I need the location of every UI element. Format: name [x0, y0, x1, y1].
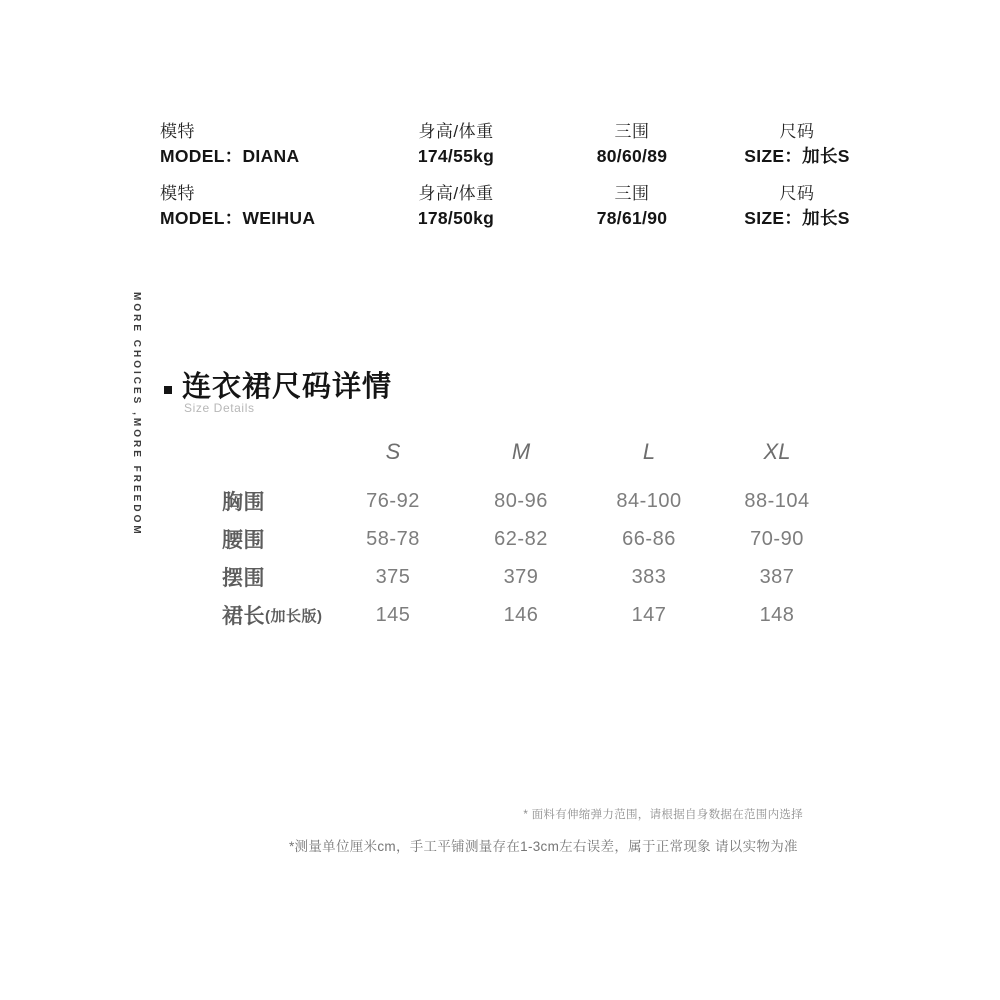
measurements-value: 80/60/89 — [537, 144, 727, 168]
size-table-corner — [222, 438, 329, 482]
table-cell-hem-xl: 387 — [713, 558, 841, 596]
model-row-weihua: 模特 MODEL：WEIHUA 身高/体重 178/50kg 三围 78/61/… — [160, 182, 867, 230]
table-cell-length-l: 147 — [585, 596, 713, 634]
table-cell-bust-xl: 88-104 — [713, 482, 841, 520]
table-cell-bust-l: 84-100 — [585, 482, 713, 520]
row-label-suffix: (加长版) — [265, 605, 323, 626]
footnote-fabric-stretch: * 面料有伸缩弹力范围，请根据自身数据在范围内选择 — [523, 806, 803, 822]
table-cell-hem-m: 379 — [457, 558, 585, 596]
table-cell-waist-xl: 70-90 — [713, 520, 841, 558]
table-cell-hem-s: 375 — [329, 558, 457, 596]
model-name: MODEL：WEIHUA — [160, 206, 375, 230]
model-name: MODEL：DIANA — [160, 144, 375, 168]
model-body-cell: 身高/体重 178/50kg — [375, 182, 537, 230]
table-cell-hem-l: 383 — [585, 558, 713, 596]
size-col-header-m: M — [457, 438, 585, 482]
section-subtitle: Size Details — [184, 401, 255, 415]
table-cell-waist-l: 66-86 — [585, 520, 713, 558]
size-label: 尺码 — [727, 120, 867, 144]
table-cell-length-m: 146 — [457, 596, 585, 634]
model-info-section: 模特 MODEL：DIANA 身高/体重 174/55kg 三围 80/60/8… — [160, 120, 867, 244]
table-cell-length-xl: 148 — [713, 596, 841, 634]
size-col-header-xl: XL — [713, 438, 841, 482]
model-name-cell: 模特 MODEL：WEIHUA — [160, 182, 375, 230]
measurements-label: 三围 — [537, 182, 727, 206]
table-cell-waist-m: 62-82 — [457, 520, 585, 558]
title-square-bullet — [164, 386, 172, 394]
row-label-skirt-length: 裙长(加长版) — [222, 596, 329, 634]
size-value: SIZE：加长S — [727, 144, 867, 168]
measurements-label: 三围 — [537, 120, 727, 144]
size-table: S M L XL 胸围 76-92 80-96 84-100 88-104 腰围… — [222, 438, 841, 634]
model-size-cell: 尺码 SIZE：加长S — [727, 182, 867, 230]
height-weight-value: 174/55kg — [375, 144, 537, 168]
row-label-text: 胸围 — [222, 486, 265, 516]
model-body-cell: 身高/体重 174/55kg — [375, 120, 537, 168]
model-name-cell: 模特 MODEL：DIANA — [160, 120, 375, 168]
model-measurements-cell: 三围 78/61/90 — [537, 182, 727, 230]
row-label-waist: 腰围 — [222, 520, 329, 558]
size-value: SIZE：加长S — [727, 206, 867, 230]
model-measurements-cell: 三围 80/60/89 — [537, 120, 727, 168]
model-role-label: 模特 — [160, 120, 375, 144]
height-weight-label: 身高/体重 — [375, 182, 537, 206]
size-label: 尺码 — [727, 182, 867, 206]
vertical-slogan-text: MORE CHOICES ,MORE FREEDOM — [131, 292, 142, 637]
model-row-diana: 模特 MODEL：DIANA 身高/体重 174/55kg 三围 80/60/8… — [160, 120, 867, 168]
model-size-cell: 尺码 SIZE：加长S — [727, 120, 867, 168]
table-cell-bust-m: 80-96 — [457, 482, 585, 520]
size-col-header-s: S — [329, 438, 457, 482]
size-chart-page: 模特 MODEL：DIANA 身高/体重 174/55kg 三围 80/60/8… — [0, 0, 1000, 1000]
row-label-text: 腰围 — [222, 524, 265, 554]
row-label-text: 裙长 — [222, 600, 265, 630]
height-weight-value: 178/50kg — [375, 206, 537, 230]
measurements-value: 78/61/90 — [537, 206, 727, 230]
size-col-header-l: L — [585, 438, 713, 482]
table-cell-bust-s: 76-92 — [329, 482, 457, 520]
row-label-bust: 胸围 — [222, 482, 329, 520]
table-cell-waist-s: 58-78 — [329, 520, 457, 558]
height-weight-label: 身高/体重 — [375, 120, 537, 144]
row-label-hem: 摆围 — [222, 558, 329, 596]
section-title: 连衣裙尺码详情 — [182, 364, 392, 405]
table-cell-length-s: 145 — [329, 596, 457, 634]
row-label-text: 摆围 — [222, 562, 265, 592]
footnote-measurement-tolerance: *测量单位厘米cm，手工平铺测量存在1-3cm左右误差，属于正常现象 请以实物为… — [289, 835, 798, 855]
model-role-label: 模特 — [160, 182, 375, 206]
